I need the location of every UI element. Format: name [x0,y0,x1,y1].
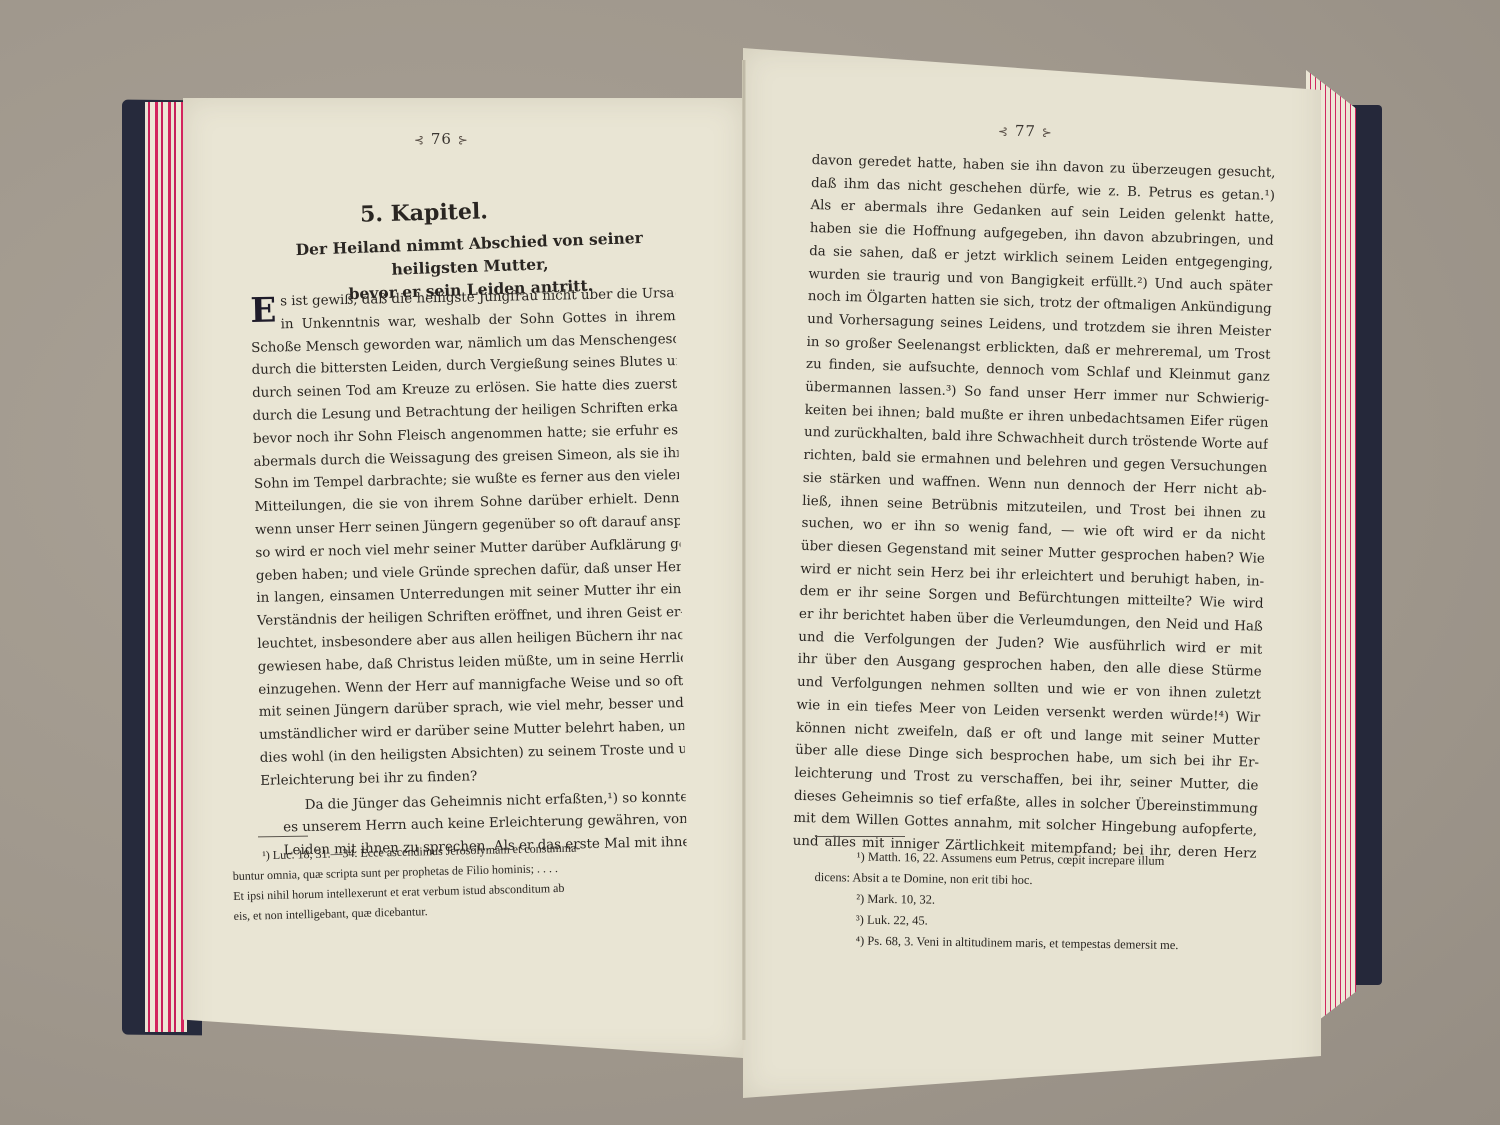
right-body-text: davon geredet hatte, haben sie ihn davon… [792,150,1275,866]
left-body-text: E s ist gewiß, daß die heiligste Jungfra… [250,283,687,864]
left-page-number: ⊰ 76 ⊱ [414,130,469,148]
ornament-icon: ⊱ [1042,125,1053,139]
left-footnotes: ¹) Luc. 18, 31.—34. Ecce ascendimus Jero… [232,835,674,926]
footnote-rule [815,836,905,837]
ornament-icon: ⊰ [998,124,1009,138]
page-edges-left [145,102,187,1032]
folio-number: 77 [1015,122,1037,141]
ornament-icon: ⊱ [458,133,469,147]
drop-cap: E [250,293,277,328]
book-gutter [742,60,746,1040]
ornament-icon: ⊰ [414,133,425,147]
right-page-number: ⊰ 77 ⊱ [998,121,1053,140]
folio-number: 76 [431,130,452,148]
right-footnotes: ¹) Matth. 16, 22. Assumens eum Petrus, c… [814,846,1285,958]
chapter-heading: 5. Kapitel. [360,198,489,227]
